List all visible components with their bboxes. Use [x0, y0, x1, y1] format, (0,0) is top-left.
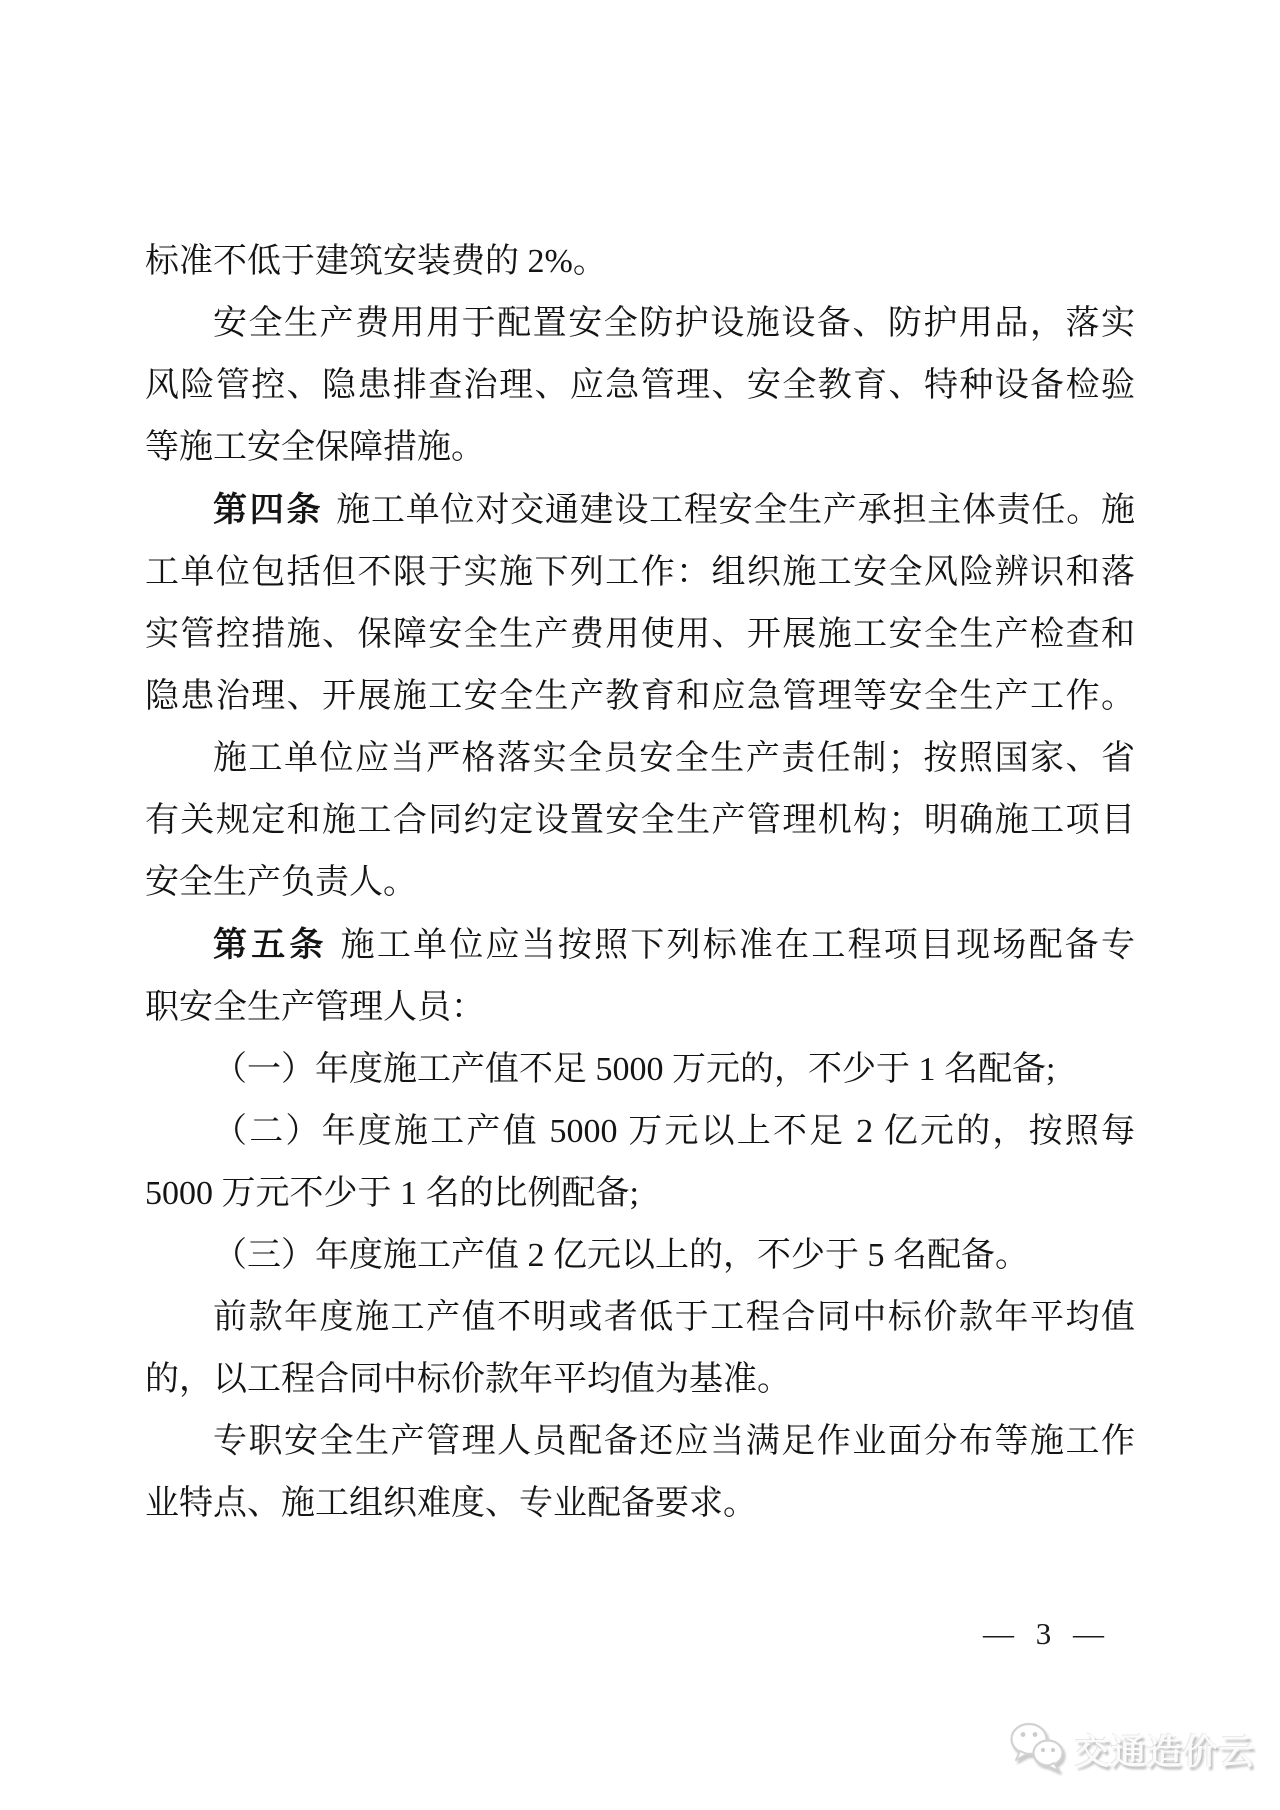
text-line: 第四条施工单位对交通建设工程安全生产承担主体责任。施: [145, 479, 1135, 542]
text-line: （三）年度施工产值 2 亿元以上的，不少于 5 名配备。: [145, 1225, 1135, 1287]
text-line: 的，以工程合同中标价款年平均值为基准。: [145, 1349, 1135, 1411]
document-body: 标准不低于建筑安装费的 2%。安全生产费用用于配置安全防护设施设备、防护用品，落…: [145, 231, 1135, 1535]
text-line: 标准不低于建筑安装费的 2%。: [145, 231, 1135, 293]
watermark-label: 交通造价云: [1075, 1725, 1255, 1775]
text-line: 前款年度施工产值不明或者低于工程合同中标价款年平均值: [145, 1287, 1135, 1349]
wechat-icon: [1008, 1720, 1066, 1779]
text-line: 安全生产负责人。: [145, 852, 1135, 914]
document-page: 标准不低于建筑安装费的 2%。安全生产费用用于配置安全防护设施设备、防护用品，落…: [0, 0, 1280, 1810]
text-line: 专职安全生产管理人员配备还应当满足作业面分布等施工作: [145, 1411, 1135, 1473]
watermark: 交通造价云: [1008, 1720, 1255, 1779]
text-line: （一）年度施工产值不足 5000 万元的，不少于 1 名配备;: [145, 1039, 1135, 1101]
text-line: 第五条施工单位应当按照下列标准在工程项目现场配备专: [145, 914, 1135, 977]
text-line: 施工单位应当严格落实全员安全生产责任制；按照国家、省: [145, 728, 1135, 790]
text-line: 业特点、施工组织难度、专业配备要求。: [145, 1473, 1135, 1535]
page-number: — 3 —: [983, 1616, 1111, 1652]
article-number-term: 第五条: [213, 926, 328, 964]
text-line: 职安全生产管理人员：: [145, 977, 1135, 1039]
text-line: 有关规定和施工合同约定设置安全生产管理机构；明确施工项目: [145, 790, 1135, 852]
text-line: 实管控措施、保障安全生产费用使用、开展施工安全生产检查和: [145, 604, 1135, 666]
text-line: 安全生产费用用于配置安全防护设施设备、防护用品，落实: [145, 293, 1135, 355]
text-line: （二）年度施工产值 5000 万元以上不足 2 亿元的，按照每: [145, 1101, 1135, 1163]
text-line: 5000 万元不少于 1 名的比例配备;: [145, 1163, 1135, 1225]
text-line: 工单位包括但不限于实施下列工作：组织施工安全风险辨识和落: [145, 542, 1135, 604]
text-line: 风险管控、隐患排查治理、应急管理、安全教育、特种设备检验: [145, 355, 1135, 417]
article-number-term: 第四条: [213, 491, 323, 529]
text-line: 等施工安全保障措施。: [145, 417, 1135, 479]
text-line: 隐患治理、开展施工安全生产教育和应急管理等安全生产工作。: [145, 666, 1135, 728]
